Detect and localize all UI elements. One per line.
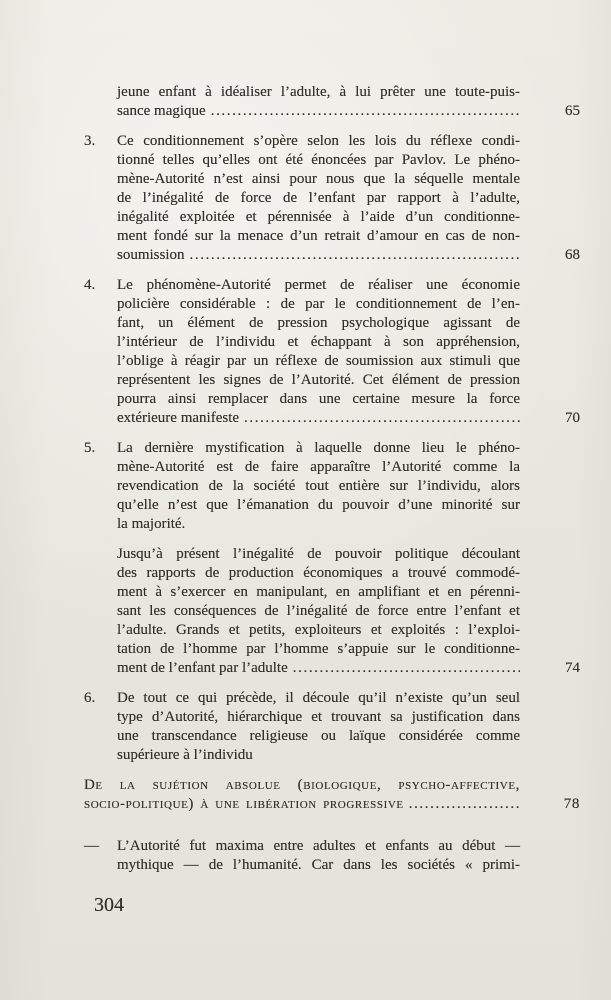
dot-leader [185,246,520,265]
entry-line: ment à s’exercer en manipulant, en ampli… [117,583,520,602]
entry-line: ment fondé sur la menace d’un retrait d’… [117,227,520,246]
entry-line: sant les conséquences de l’inégalité de … [117,602,520,621]
entry-line: l’intérieur de l’individu et échappant à… [117,333,520,352]
entry-line: Jusqu’à présent l’inégalité de pouvoir p… [117,545,520,564]
entry-line: mène-Autorité n’est ainsi pour nous que … [117,170,520,189]
entry-line: De tout ce qui précède, il découle qu’il… [117,689,520,708]
entry-line: tionné telles qu’elles ont été énoncées … [117,151,520,170]
page-ref: 74 [520,659,580,678]
entry-line: type d’Autorité, hiérarchique et trouvan… [117,708,520,727]
entry-leader-line: sance magique65 [117,102,580,121]
entry-line: qu’elle n’est que l’émanation du pouvoir… [117,496,520,515]
toc-entry: 6.De tout ce qui précède, il découle qu’… [84,689,580,765]
entry-number: 6. [84,689,117,765]
entry-line: sance magique [117,102,206,121]
entry-last-line: la majorité. [117,515,520,534]
toc-entry: 5.La dernière mystification à laquelle d… [84,439,580,534]
entry-line: fant, un élément de pression psychologiq… [117,314,520,333]
toc-entry: jeune enfant à idéaliser l’adulte, à lui… [84,83,580,121]
dash-marker: — [84,837,117,875]
entry-number: 4. [84,276,117,428]
entry-body: De tout ce qui précède, il découle qu’il… [117,689,580,765]
toc-entry: 3.Ce conditionnement s’opère selon les l… [84,132,580,265]
entry-body: L’Autorité fut maxima entre adultes et e… [117,837,580,875]
page-ref: 65 [520,102,580,121]
entry-line: socio-politique) à une libération progre… [84,795,404,814]
entry-line: une transcendance religieuse ou laïque c… [117,727,520,746]
entry-line: Le phénomène-Autorité permet de réaliser… [117,276,520,295]
entry-line: de l’inégalité de force de l’enfant par … [117,189,520,208]
toc-entry: —L’Autorité fut maxima entre adultes et … [84,837,580,875]
page-ref: 68 [520,246,580,265]
entry-line: soumission [117,246,185,265]
entry-leader-line: socio-politique) à une libération progre… [84,795,580,814]
toc-entry: 4.Le phénomène-Autorité permet de réalis… [84,276,580,428]
entry-line: jeune enfant à idéaliser l’adulte, à lui… [117,83,520,102]
entry-body: jeune enfant à idéaliser l’adulte, à lui… [117,83,580,121]
dot-leader [239,409,520,428]
entry-number: 3. [84,132,117,265]
entry-line: mythique — de l’humanité. Car dans les s… [117,856,520,875]
page-ref: 70 [520,409,580,428]
entry-body: Le phénomène-Autorité permet de réaliser… [117,276,580,428]
entry-number: 5. [84,439,117,534]
entry-line: policière considérable : de par le condi… [117,295,520,314]
entry-line: tation de l’homme par l’homme s’appuie s… [117,640,520,659]
entry-line: ment de l’enfant par l’adulte [117,659,288,678]
entry-line: Ce conditionnement s’opère selon les loi… [117,132,520,151]
entry-line: l’oblige à réagir par un réflexe de soum… [117,352,520,371]
toc-entries: jeune enfant à idéaliser l’adulte, à lui… [84,83,580,886]
entry-last-line: supérieure à l’individu [117,746,520,765]
scanned-book-page: jeune enfant à idéaliser l’adulte, à lui… [0,0,611,1000]
dot-leader [206,102,520,121]
page-ref: 78 [520,795,580,814]
entry-body: Jusqu’à présent l’inégalité de pouvoir p… [117,545,580,678]
toc-entry: Jusqu’à présent l’inégalité de pouvoir p… [84,545,580,678]
entry-line: l’adulte. Grands et petits, exploiteurs … [117,621,520,640]
dot-leader [404,795,520,814]
entry-body: La dernière mystification à laquelle don… [117,439,580,534]
entry-line: mène-Autorité est de faire apparaître l’… [117,458,520,477]
entry-line: des rapports de production économiques a… [117,564,520,583]
entry-line: représentent les signes de l’Autorité. C… [117,371,520,390]
dot-leader [288,659,520,678]
entry-line: inégalité exploitée et pérennisée à l’ai… [117,208,520,227]
entry-line: La dernière mystification à laquelle don… [117,439,520,458]
folio-page-number: 304 [94,893,124,917]
entry-number [84,545,117,678]
entry-leader-line: soumission68 [117,246,580,265]
entry-leader-line: extérieure manifeste70 [117,409,580,428]
entry-number [84,83,117,121]
toc-section-heading: De la sujétion absolue (biologique, psyc… [84,776,580,814]
entry-leader-line: ment de l’enfant par l’adulte74 [117,659,580,678]
entry-line: De la sujétion absolue (biologique, psyc… [84,776,520,795]
entry-line: L’Autorité fut maxima entre adultes et e… [117,837,520,856]
entry-line: revendication de la société tout entière… [117,477,520,496]
entry-body: Ce conditionnement s’opère selon les loi… [117,132,580,265]
entry-line: pourra ainsi remplacer dans une certaine… [117,390,520,409]
entry-line: extérieure manifeste [117,409,239,428]
entry-body: De la sujétion absolue (biologique, psyc… [84,776,580,814]
